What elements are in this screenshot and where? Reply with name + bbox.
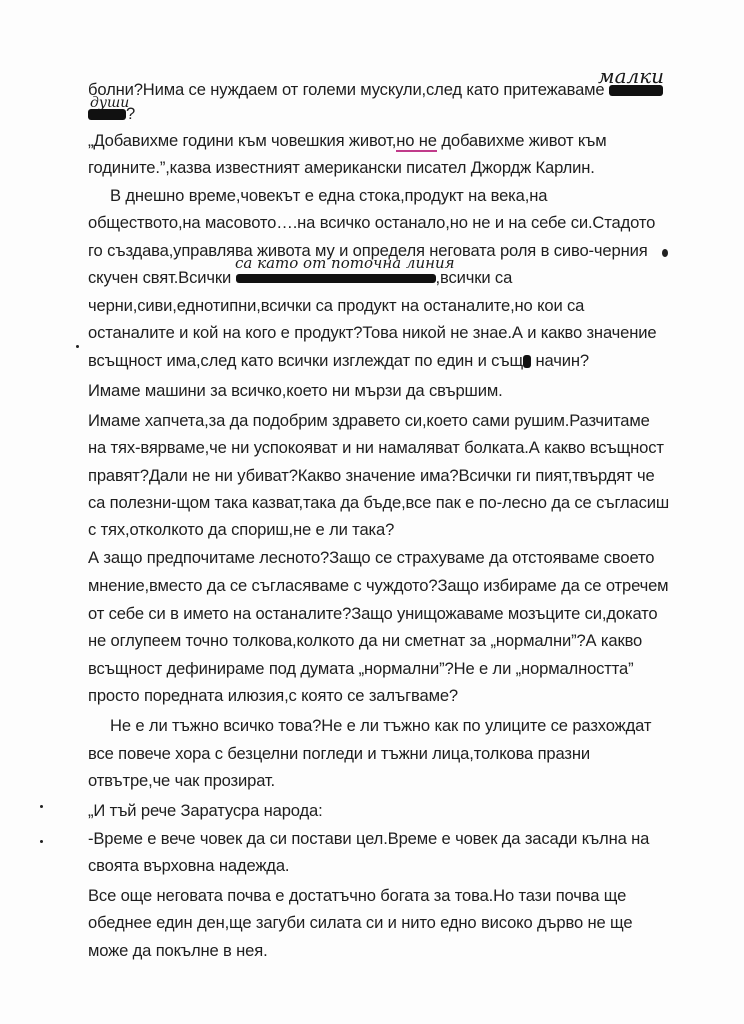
text-line: все повече хора с безцелни погледи и тъж… — [88, 744, 590, 764]
text-line: с тях,отколкото да спориш,не е ли така? — [88, 520, 394, 540]
text-line: обеднее един ден,ще загуби силата си и н… — [88, 913, 632, 933]
margin-dot — [40, 805, 43, 808]
text-line: болни?Нима се нуждаем от големи мускули,… — [88, 80, 663, 100]
text-line: останалите и кой на кого е продукт?Това … — [88, 323, 656, 343]
text-line: правят?Дали не ни убиват?Какво значение … — [88, 466, 655, 486]
text-line: ? — [88, 104, 135, 124]
text-line: не оглупеем точно толкова,колкото да ни … — [88, 631, 642, 651]
margin-dot — [76, 345, 79, 348]
ink-blot — [523, 355, 531, 368]
redaction-mark — [236, 274, 436, 283]
text-line: Имаме хапчета,за да подобрим здравето си… — [88, 411, 650, 431]
text-line: са полезни-щом така казват,така да бъде,… — [88, 493, 669, 513]
text-line: на тях-вярваме,че ни успокояват и ни нам… — [88, 438, 664, 458]
underlined-text: но не — [396, 131, 437, 152]
text-segment: „Добавихме години към човешкия живот, — [88, 131, 396, 150]
text-line: своята върховна надежда. — [88, 856, 289, 876]
text-line: „Добавихме години към човешкия живот,но … — [88, 131, 607, 151]
ink-blot — [662, 249, 668, 257]
text-segment: ,всички са — [436, 268, 513, 287]
text-segment: ? — [126, 104, 135, 123]
text-line: може да покълне в нея. — [88, 941, 268, 961]
text-line: всъщност дефинираме под думата „нормални… — [88, 659, 633, 679]
text-line: черни,сиви,еднотипни,всички са продукт н… — [88, 296, 584, 316]
text-segment: начин? — [531, 351, 589, 370]
text-line: скучен свят.Всички ,всички са — [88, 268, 512, 288]
text-line: Имаме машини за всичко,което ни мързи да… — [88, 381, 503, 401]
text-line: Не е ли тъжно всичко това?Не е ли тъжно … — [110, 716, 651, 736]
text-segment: болни?Нима се нуждаем от големи мускули,… — [88, 80, 609, 99]
text-line: отвътре,че чак прозират. — [88, 771, 275, 791]
handwritten-correction: малки — [598, 64, 664, 88]
text-segment: скучен свят.Всички — [88, 268, 236, 287]
text-line: от себе си в името на останалите?Защо ун… — [88, 604, 658, 624]
text-line: просто поредната илюзия,с която се залъг… — [88, 686, 458, 706]
text-line: „И тъй рече Заратусра народа: — [88, 801, 323, 821]
redaction-mark — [88, 109, 126, 120]
text-line: В днешно време,човекът е една стока,прод… — [110, 186, 547, 206]
text-line: мнение,вместо да се съгласяваме с чуждот… — [88, 576, 668, 596]
text-line: Все още неговата почва е достатъчно бога… — [88, 886, 626, 906]
text-line: годините.”,казва известният американски … — [88, 158, 595, 178]
text-line: всъщност има,след като всички изглеждат … — [88, 351, 589, 371]
text-segment: добавихме живот към — [437, 131, 607, 150]
text-line: -Време е вече човек да си постави цел.Вр… — [88, 829, 649, 849]
margin-dot — [40, 840, 43, 843]
text-segment: всъщност има,след като всички изглеждат … — [88, 351, 523, 370]
text-line: А защо предпочитаме лесното?Защо се стра… — [88, 548, 654, 568]
text-line: обществото,на масовото….на всичко остана… — [88, 213, 655, 233]
